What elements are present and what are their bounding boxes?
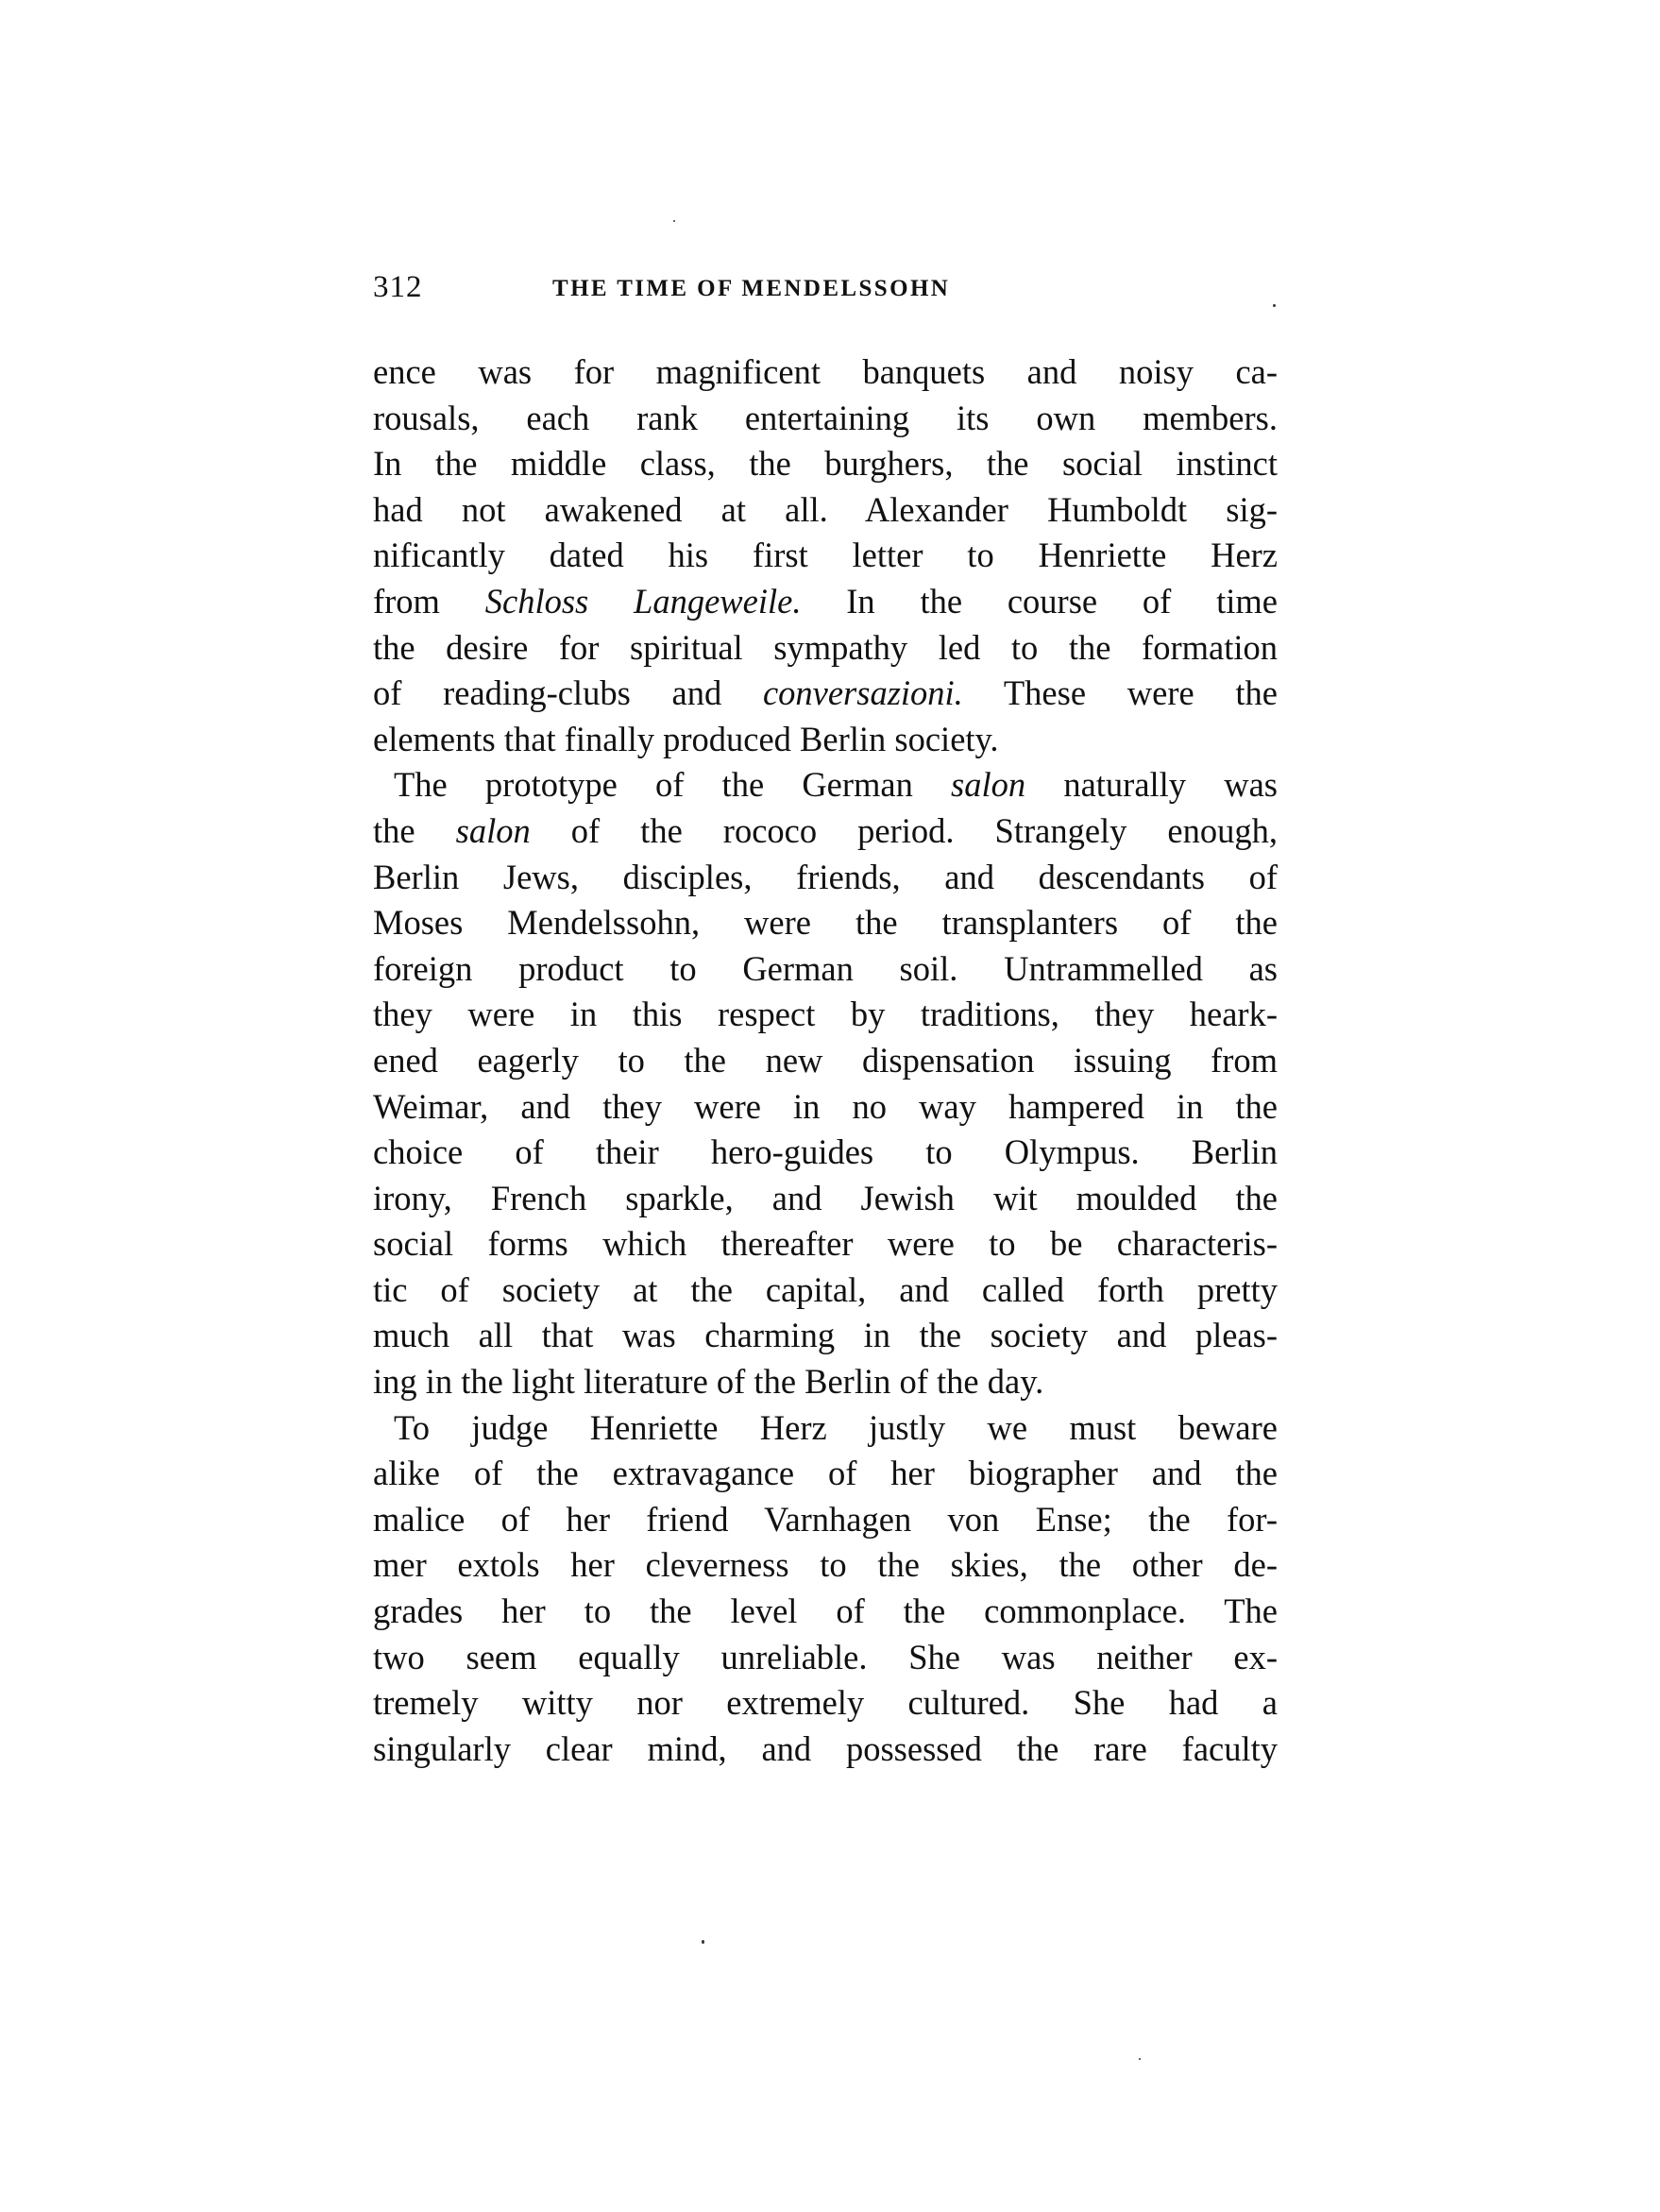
scan-speck	[673, 220, 675, 222]
text-line: elements that finally produced Berlin so…	[373, 717, 1278, 763]
text-run: These were the	[963, 673, 1278, 712]
text-line: two seem equally unreliable. She was nei…	[373, 1635, 1278, 1681]
text-line: To judge Henriette Herz justly we must b…	[373, 1405, 1278, 1452]
text-line: social forms which thereafter were to be…	[373, 1221, 1278, 1268]
text-run: alike of the extravagance of her biograp…	[373, 1454, 1278, 1492]
text-run: The prototype of the German	[394, 765, 951, 804]
text-run: of the rococo period. Strangely enough,	[531, 811, 1278, 850]
text-run: ing in the light literature of the Berli…	[373, 1362, 1043, 1401]
text-line: choice of their hero-guides to Olympus. …	[373, 1130, 1278, 1176]
text-run: naturally was	[1025, 765, 1278, 804]
text-line: rousals, each rank entertaining its own …	[373, 396, 1278, 442]
text-run: social forms which thereafter were to be…	[373, 1224, 1278, 1263]
text-line: ing in the light literature of the Berli…	[373, 1359, 1278, 1405]
text-run: grades her to the level of the commonpla…	[373, 1591, 1278, 1630]
text-run: elements that finally produced Berlin so…	[373, 720, 999, 758]
book-page: 312 THE TIME OF MENDELSSOHN ence was for…	[0, 0, 1660, 2212]
text-run: foreign product to German soil. Untramme…	[373, 949, 1278, 988]
text-line: singularly clear mind, and possessed the…	[373, 1727, 1278, 1773]
text-run: ened eagerly to the new dispensation iss…	[373, 1041, 1278, 1080]
text-run: mer extols her cleverness to the skies, …	[373, 1545, 1278, 1584]
text-line: from Schloss Langeweile. In the course o…	[373, 579, 1278, 625]
text-line: of reading-clubs and conversazioni. Thes…	[373, 671, 1278, 717]
text-run: two seem equally unreliable. She was nei…	[373, 1638, 1278, 1676]
text-run: choice of their hero-guides to Olympus. …	[373, 1132, 1278, 1171]
text-run: tic of society at the capital, and calle…	[373, 1270, 1278, 1309]
text-line: ence was for magnificent banquets and no…	[373, 349, 1278, 396]
text-line: mer extols her cleverness to the skies, …	[373, 1542, 1278, 1589]
text-line: grades her to the level of the commonpla…	[373, 1589, 1278, 1635]
paragraph: ence was for magnificent banquets and no…	[373, 349, 1278, 762]
text-line: Weimar, and they were in no way hampered…	[373, 1084, 1278, 1131]
text-line: the desire for spiritual sympathy led to…	[373, 625, 1278, 672]
paragraph: The prototype of the German salon natura…	[373, 762, 1278, 1404]
paragraph: To judge Henriette Herz justly we must b…	[373, 1405, 1278, 1773]
text-line: alike of the extravagance of her biograp…	[373, 1451, 1278, 1497]
italic-text: Schloss Langeweile.	[485, 582, 802, 621]
running-title: THE TIME OF MENDELSSOHN	[552, 270, 950, 308]
text-run: In the middle class, the burghers, the s…	[373, 444, 1278, 483]
text-line: The prototype of the German salon natura…	[373, 762, 1278, 808]
italic-text: salon	[456, 811, 531, 850]
text-run: Berlin Jews, disciples, friends, and des…	[373, 858, 1278, 896]
text-run: had not awakened at all. Alexander Humbo…	[373, 490, 1278, 529]
text-line: tic of society at the capital, and calle…	[373, 1268, 1278, 1314]
text-run: Weimar, and they were in no way hampered…	[373, 1087, 1278, 1126]
text-run: they were in this respect by traditions,…	[373, 995, 1278, 1033]
text-line: nificantly dated his first letter to Hen…	[373, 533, 1278, 579]
text-line: Berlin Jews, disciples, friends, and des…	[373, 855, 1278, 901]
page-number: 312	[373, 266, 423, 308]
text-run: of reading-clubs and	[373, 673, 763, 712]
text-line: malice of her friend Varnhagen von Ense;…	[373, 1497, 1278, 1543]
text-line: irony, French sparkle, and Jewish wit mo…	[373, 1176, 1278, 1222]
italic-text: salon	[951, 765, 1025, 804]
text-line: had not awakened at all. Alexander Humbo…	[373, 487, 1278, 534]
text-line: Moses Mendelssohn, were the transplanter…	[373, 900, 1278, 946]
text-run: much all that was charming in the societ…	[373, 1316, 1278, 1354]
running-head: 312 THE TIME OF MENDELSSOHN	[373, 266, 1279, 308]
text-run: To judge Henriette Herz justly we must b…	[394, 1408, 1278, 1447]
text-run: rousals, each rank entertaining its own …	[373, 399, 1278, 437]
text-run: nificantly dated his first letter to Hen…	[373, 536, 1278, 574]
text-run: malice of her friend Varnhagen von Ense;…	[373, 1500, 1278, 1539]
text-run: the desire for spiritual sympathy led to…	[373, 628, 1278, 667]
text-run: the	[373, 811, 456, 850]
text-line: foreign product to German soil. Untramme…	[373, 946, 1278, 993]
text-run: tremely witty nor extremely cultured. Sh…	[373, 1683, 1278, 1722]
italic-text: conversazioni.	[763, 673, 963, 712]
text-line: In the middle class, the burghers, the s…	[373, 441, 1278, 487]
scan-speck	[702, 1940, 704, 1944]
text-line: much all that was charming in the societ…	[373, 1313, 1278, 1359]
text-run: from	[373, 582, 485, 621]
scan-speck	[1139, 2058, 1141, 2060]
text-run: In the course of time	[801, 582, 1278, 621]
text-run: Moses Mendelssohn, were the transplanter…	[373, 903, 1278, 942]
text-line: they were in this respect by traditions,…	[373, 992, 1278, 1038]
text-line: ened eagerly to the new dispensation iss…	[373, 1038, 1278, 1084]
body-text: ence was for magnificent banquets and no…	[373, 349, 1278, 1772]
text-line: tremely witty nor extremely cultured. Sh…	[373, 1680, 1278, 1727]
text-run: singularly clear mind, and possessed the…	[373, 1729, 1278, 1768]
text-line: the salon of the rococo period. Strangel…	[373, 808, 1278, 855]
text-run: irony, French sparkle, and Jewish wit mo…	[373, 1179, 1278, 1217]
text-run: ence was for magnificent banquets and no…	[373, 352, 1278, 391]
